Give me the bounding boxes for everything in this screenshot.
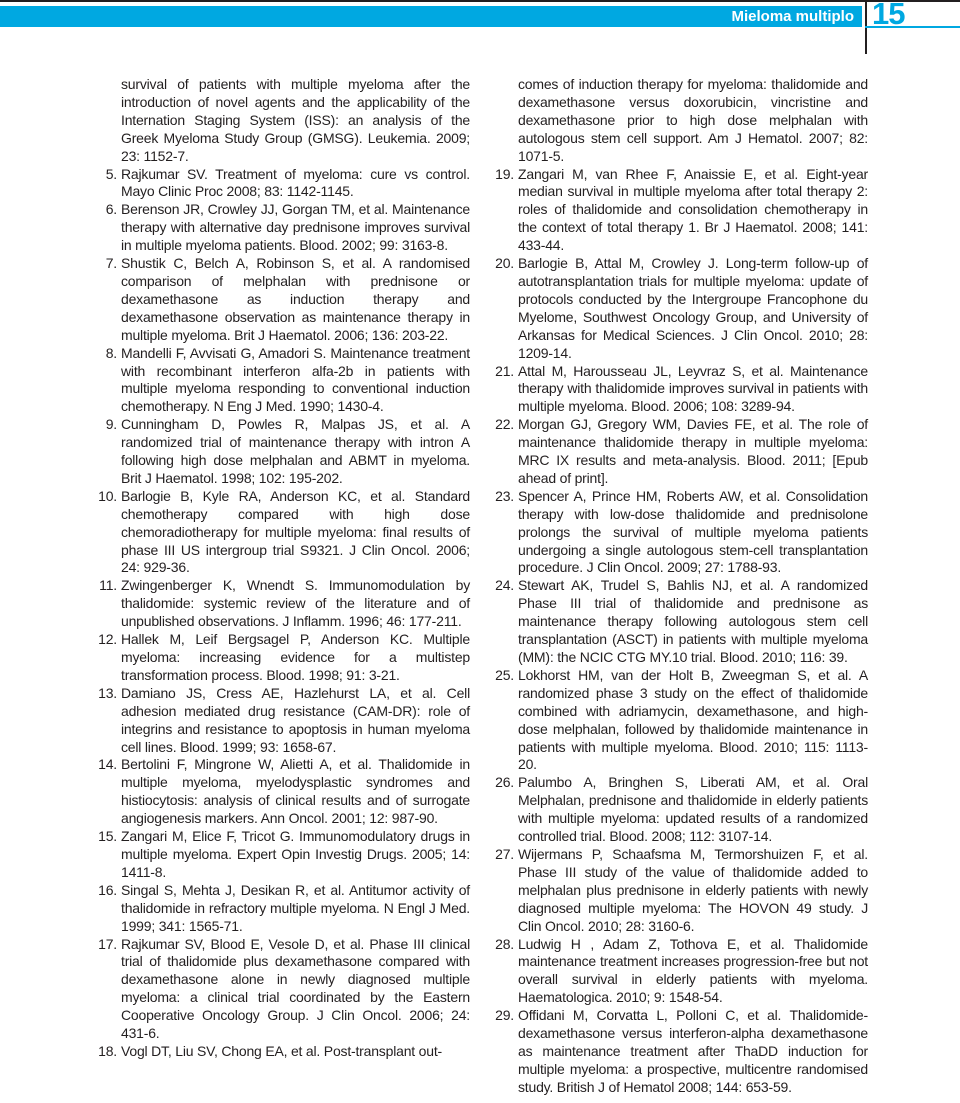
reference-item: 28.Ludwig H , Adam Z, Tothova E, et al. … [497,936,868,1008]
reference-item: 6.Berenson JR, Crowley JJ, Gorgan TM, et… [100,201,470,255]
reference-item: 27.Wijermans P, Schaafsma M, Termorshuiz… [497,846,868,936]
chapter-header-bar: Mieloma multiplo [0,6,862,27]
reference-item: 7.Shustik C, Belch A, Robinson S, et al.… [100,255,470,345]
reference-text: Rajkumar SV, Blood E, Vesole D, et al. P… [121,936,470,1042]
reference-text: Zwingenberger K, Wnendt S. Immunomodulat… [121,577,470,629]
reference-text: Barlogie B, Kyle RA, Anderson KC, et al.… [121,488,470,576]
reference-number: 18. [97,1043,117,1061]
top-rule [0,0,960,2]
page-number: 15 [872,0,958,28]
reference-item: 16.Singal S, Mehta J, Desikan R, et al. … [100,882,470,936]
reference-item: 25.Lokhorst HM, van der Holt B, Zweegman… [497,667,868,774]
reference-number: 14. [97,756,117,774]
reference-item: 18.Vogl DT, Liu SV, Chong EA, et al. Pos… [100,1043,470,1061]
reference-number: 28. [494,936,514,954]
reference-item: 12.Hallek M, Leif Bergsagel P, Anderson … [100,631,470,685]
reference-number: 21. [494,363,514,381]
reference-text: Mandelli F, Avvisati G, Amadori S. Maint… [121,345,470,415]
reference-item: 19.Zangari M, van Rhee F, Anaissie E, et… [497,166,868,256]
references-column-right: comes of induction therapy for myeloma: … [497,76,868,1097]
reference-text: Zangari M, van Rhee F, Anaissie E, et al… [518,166,868,254]
reference-number: 5. [97,166,117,184]
reference-item: 23.Spencer A, Prince HM, Roberts AW, et … [497,488,868,578]
header-horizontal-rule [865,26,960,28]
reference-number: 11. [97,577,117,595]
reference-text: Damiano JS, Cress AE, Hazlehurst LA, et … [121,685,470,755]
reference-text: Wijermans P, Schaafsma M, Termorshuizen … [518,846,868,934]
reference-text: Spencer A, Prince HM, Roberts AW, et al.… [518,488,868,576]
reference-number: 20. [494,255,514,273]
reference-number: 23. [494,488,514,506]
document-page: Mieloma multiplo 15 survival of patients… [0,0,960,1103]
reference-text: Bertolini F, Mingrone W, Alietti A, et a… [121,756,470,826]
reference-item: 5.Rajkumar SV. Treatment of myeloma: cur… [100,166,470,202]
reference-text: Lokhorst HM, van der Holt B, Zweegman S,… [518,667,868,773]
reference-number: 26. [494,774,514,792]
references-section: survival of patients with multiple myelo… [100,76,868,1097]
reference-list-right: 19.Zangari M, van Rhee F, Anaissie E, et… [497,166,868,1097]
reference-number: 10. [97,488,117,506]
reference-text: Cunningham D, Powles R, Malpas JS, et al… [121,416,470,486]
reference-item: 29.Offidani M, Corvatta L, Polloni C, et… [497,1007,868,1097]
reference-text: Berenson JR, Crowley JJ, Gorgan TM, et a… [121,201,470,253]
reference-number: 12. [97,631,117,649]
reference-number: 25. [494,667,514,685]
reference-number: 7. [97,255,117,273]
reference-number: 8. [97,345,117,363]
reference-item: 15.Zangari M, Elice F, Tricot G. Immunom… [100,828,470,882]
reference-item: 10.Barlogie B, Kyle RA, Anderson KC, et … [100,488,470,578]
reference-item: 24.Stewart AK, Trudel S, Bahlis NJ, et a… [497,577,868,667]
reference-number: 29. [494,1007,514,1025]
reference-number: 16. [97,882,117,900]
reference-number: 9. [97,416,117,434]
reference-item: 20.Barlogie B, Attal M, Crowley J. Long-… [497,255,868,362]
reference-number: 24. [494,577,514,595]
reference-item: 21.Attal M, Harousseau JL, Leyvraz S, et… [497,363,868,417]
reference-continuation-left: survival of patients with multiple myelo… [121,76,470,166]
reference-item: 9.Cunningham D, Powles R, Malpas JS, et … [100,416,470,488]
reference-item: 14.Bertolini F, Mingrone W, Alietti A, e… [100,756,470,828]
reference-item: 13.Damiano JS, Cress AE, Hazlehurst LA, … [100,685,470,757]
reference-text: Morgan GJ, Gregory WM, Davies FE, et al.… [518,416,868,486]
reference-text: Offidani M, Corvatta L, Polloni C, et al… [518,1007,868,1095]
reference-text: Shustik C, Belch A, Robinson S, et al. A… [121,255,470,343]
reference-number: 15. [97,828,117,846]
reference-number: 13. [97,685,117,703]
reference-text: Ludwig H , Adam Z, Tothova E, et al. Tha… [518,936,868,1006]
reference-text: Rajkumar SV. Treatment of myeloma: cure … [121,166,470,200]
reference-text: Palumbo A, Bringhen S, Liberati AM, et a… [518,774,868,844]
reference-item: 17.Rajkumar SV, Blood E, Vesole D, et al… [100,936,470,1043]
reference-item: 26.Palumbo A, Bringhen S, Liberati AM, e… [497,774,868,846]
reference-text: Zangari M, Elice F, Tricot G. Immunomodu… [121,828,470,880]
reference-text: Stewart AK, Trudel S, Bahlis NJ, et al. … [518,577,868,665]
reference-text: Attal M, Harousseau JL, Leyvraz S, et al… [518,363,868,415]
reference-text: Vogl DT, Liu SV, Chong EA, et al. Post-t… [121,1043,442,1059]
reference-number: 6. [97,201,117,219]
reference-continuation-right: comes of induction therapy for myeloma: … [518,76,868,166]
reference-number: 27. [494,846,514,864]
reference-item: 8.Mandelli F, Avvisati G, Amadori S. Mai… [100,345,470,417]
reference-number: 17. [97,936,117,954]
reference-item: 22.Morgan GJ, Gregory WM, Davies FE, et … [497,416,868,488]
reference-number: 19. [494,166,514,184]
chapter-title: Mieloma multiplo [731,6,862,27]
reference-text: Hallek M, Leif Bergsagel P, Anderson KC.… [121,631,470,683]
reference-text: Barlogie B, Attal M, Crowley J. Long-ter… [518,255,868,361]
reference-list-left: 5.Rajkumar SV. Treatment of myeloma: cur… [100,166,470,1061]
reference-text: Singal S, Mehta J, Desikan R, et al. Ant… [121,882,470,934]
references-column-left: survival of patients with multiple myelo… [100,76,470,1097]
reference-number: 22. [494,416,514,434]
reference-item: 11.Zwingenberger K, Wnendt S. Immunomodu… [100,577,470,631]
